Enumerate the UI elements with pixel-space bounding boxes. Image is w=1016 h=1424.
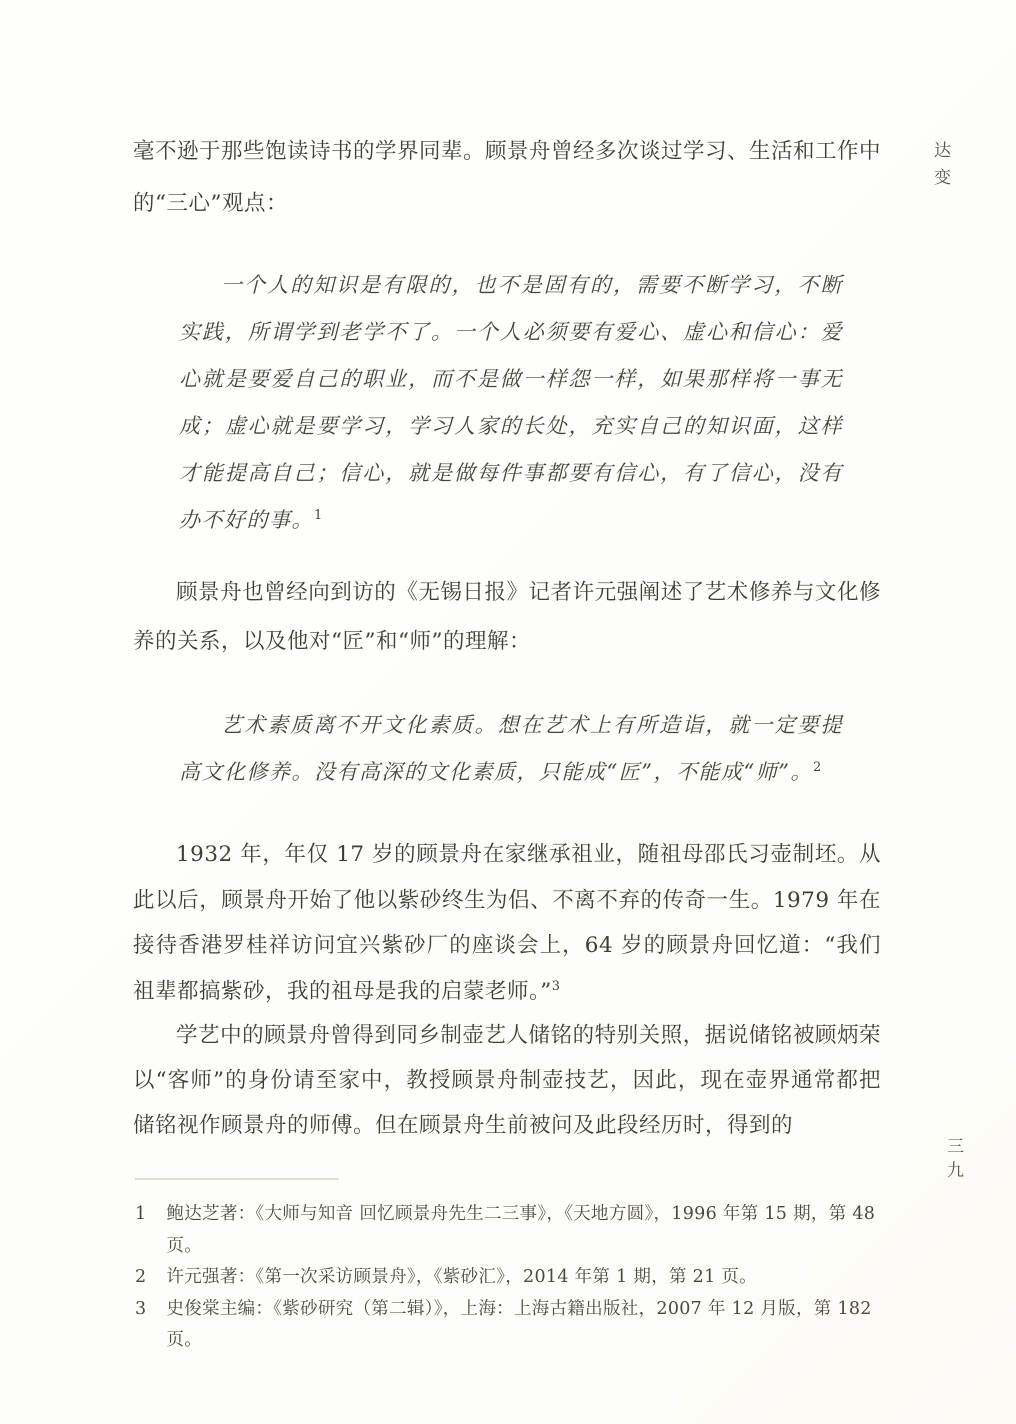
block-quote-1: 一个人的知识是有限的，也不是固有的，需要不断学习，不断实践，所谓学到老学不了。一… [179,262,843,544]
footnote-item-3: 3 史俊棠主编：《紫砂研究（第二辑）》，上海：上海古籍出版社，2007 年 12… [135,1294,900,1357]
body-paragraph-1: 毫不逊于那些饱读诗书的学界同辈。顾景舟曾经多次谈过学习、生活和工作中的“三心”观… [133,126,881,230]
footnote-ref-2: 2 [813,760,821,775]
footnote-ref-3: 3 [552,978,560,993]
block-quote-2: 艺术素质离不开文化素质。想在艺术上有所造诣，就一定要提高文化修养。没有高深的文化… [179,702,843,796]
footnote-number: 1 [135,1199,146,1262]
footnote-item-2: 2 许元强著：《第一次采访顾景舟》，《紫砂汇》，2014 年第 1 期，第 21… [135,1262,900,1294]
footnote-item-1: 1 鲍达芝著：《大师与知音 回忆顾景舟先生二三事》，《天地方圆》，1996 年第… [135,1199,900,1262]
quote-2-text: 艺术素质离不开文化素质。想在艺术上有所造诣，就一定要提高文化修养。没有高深的文化… [179,713,843,784]
page-number: 三九 [941,1137,966,1185]
margin-header-label: 达变 [928,141,953,195]
book-page: 达变 毫不逊于那些饱读诗书的学界同辈。顾景舟曾经多次谈过学习、生活和工作中的“三… [0,0,1016,1424]
footnote-number: 2 [135,1262,146,1294]
footnote-text: 鲍达芝著：《大师与知音 回忆顾景舟先生二三事》，《天地方圆》，1996 年第 1… [166,1199,900,1262]
body-paragraph-4: 学艺中的顾景舟曾得到同乡制壶艺人储铭的特别关照，据说储铭被顾炳荣以“客师”的身份… [133,1013,881,1148]
quote-1-text: 一个人的知识是有限的，也不是固有的，需要不断学习，不断实践，所谓学到老学不了。一… [179,273,843,532]
footnote-number: 3 [135,1294,146,1357]
body-paragraph-3: 1932 年，年仅 17 岁的顾景舟在家继承祖业，随祖母邵氏习壶制坯。从此以后，… [133,832,881,1014]
footnote-text: 史俊棠主编：《紫砂研究（第二辑）》，上海：上海古籍出版社，2007 年 12 月… [166,1294,900,1357]
footnote-section: 1 鲍达芝著：《大师与知音 回忆顾景舟先生二三事》，《天地方圆》，1996 年第… [135,1199,900,1357]
footnote-text: 许元强著：《第一次采访顾景舟》，《紫砂汇》，2014 年第 1 期，第 21 页… [166,1262,900,1294]
footnote-divider [135,1178,339,1180]
paragraph-3-text: 1932 年，年仅 17 岁的顾景舟在家继承祖业，随祖母邵氏习壶制坯。从此以后，… [133,842,881,1004]
footnote-ref-1: 1 [314,508,322,523]
body-paragraph-2: 顾景舟也曾经向到访的《无锡日报》记者许元强阐述了艺术修养与文化修养的关系，以及他… [133,568,881,666]
